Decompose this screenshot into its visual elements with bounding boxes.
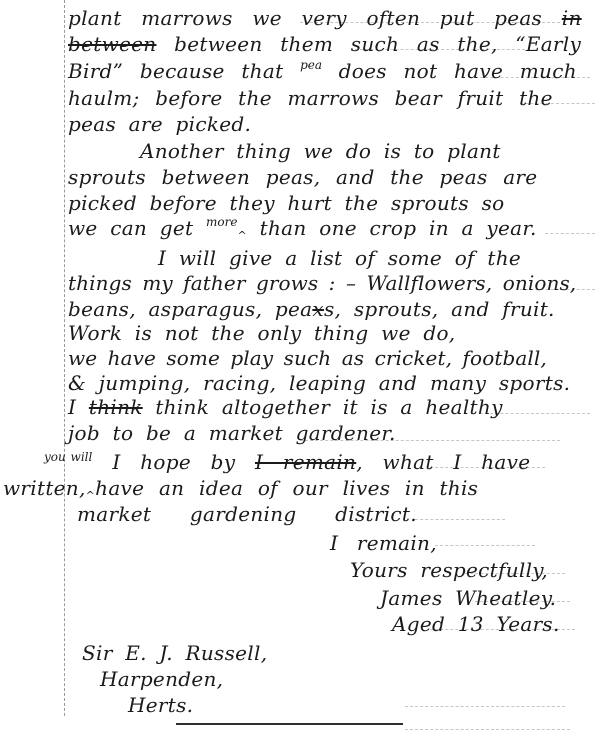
text-segment: plant marrows we very often put peas	[68, 6, 562, 30]
handwriting-line: between between them such as the, “Early	[68, 32, 581, 56]
text-segment: beans, asparagus, pea	[68, 297, 312, 321]
handwriting-line: Work is not the only thing we do,	[68, 321, 455, 345]
text-segment: Another thing we do is to plant	[140, 139, 501, 163]
handwriting-line: I think think altogether it is a healthy	[68, 395, 503, 419]
text-segment: job to be a market gardener.	[68, 421, 396, 445]
handwriting-line: beans, asparagus, peaxs, sprouts, and fr…	[68, 297, 555, 321]
margin-rule	[64, 0, 65, 716]
handwriting-line: we have some play such as cricket, footb…	[68, 346, 547, 370]
text-segment: Bird” because that	[68, 59, 300, 83]
text-segment: think altogether it is a healthy	[143, 395, 503, 419]
struck-text: think	[89, 395, 143, 419]
letter-page: plant marrows we very often put peas in …	[0, 0, 600, 737]
ink-line	[176, 723, 403, 725]
inserted-word: you will	[44, 450, 92, 464]
text-segment: & jumping, racing, leaping and many spor…	[68, 371, 570, 395]
handwriting-line: plant marrows we very often put peas in	[68, 6, 582, 30]
handwriting-line: job to be a market gardener.	[68, 421, 396, 445]
signature: James Wheatley.	[380, 586, 556, 610]
caret-mark: ^	[86, 489, 96, 502]
text-segment: we can get	[68, 216, 206, 240]
handwriting-line: sprouts between peas, and the peas are	[68, 165, 537, 189]
text-segment: I	[68, 395, 89, 419]
text-segment: have an idea of our lives in this	[95, 476, 478, 500]
struck-text: I remain	[255, 450, 356, 474]
ruled-line	[545, 233, 595, 234]
text-segment: between them such as the, “Early	[156, 32, 581, 56]
text-segment: s, sprouts, and fruit.	[324, 297, 555, 321]
handwriting-line: market gardening district.	[77, 502, 417, 526]
text-segment: I will give a list of some of the	[158, 246, 521, 270]
struck-text: between	[68, 32, 156, 56]
text-segment: we have some play such as cricket, footb…	[68, 346, 547, 370]
handwriting-line: haulm; before the marrows bear fruit the	[68, 86, 553, 110]
text-segment: Work is not the only thing we do,	[68, 321, 455, 345]
closing-line: Yours respectfully,	[350, 558, 548, 582]
handwriting-line: we can get more^ than one crop in a year…	[68, 216, 537, 244]
handwriting-line: & jumping, racing, leaping and many spor…	[68, 371, 570, 395]
handwriting-line: written,^have an idea of our lives in th…	[3, 476, 478, 504]
ruled-line	[435, 545, 535, 546]
text-segment: peas are picked.	[68, 112, 251, 136]
text-segment: picked before they hurt the sprouts so	[68, 191, 505, 215]
address-recipient: Sir E. J. Russell,	[82, 641, 267, 665]
ruled-line	[415, 519, 505, 520]
closing-line: I remain,	[330, 531, 437, 555]
address-county: Herts.	[128, 693, 193, 717]
struck-text: x	[312, 297, 324, 321]
age-line: Aged 13 Years.	[392, 612, 560, 636]
handwriting-line: Bird” because that pea does not have muc…	[68, 59, 577, 86]
text-segment: does not have much	[322, 59, 577, 83]
text-segment: haulm; before the marrows bear fruit the	[68, 86, 553, 110]
ruled-line	[405, 729, 570, 730]
inserted-word: pea	[300, 58, 322, 72]
handwriting-line: picked before they hurt the sprouts so	[68, 191, 505, 215]
text-segment: things my father grows : – Wallflowers, …	[68, 271, 576, 295]
handwriting-line: I will give a list of some of the	[158, 246, 521, 270]
text-segment: I hope by	[112, 450, 255, 474]
text-segment: , what I have	[356, 450, 530, 474]
address-town: Harpenden,	[100, 667, 223, 691]
handwriting-line: peas are picked.	[68, 112, 251, 136]
inserted-word: more	[206, 215, 237, 229]
handwriting-line: you willI hope by I remain, what I have	[44, 450, 530, 477]
text-segment: sprouts between peas, and the peas are	[68, 165, 537, 189]
text-segment: written,	[3, 476, 86, 500]
text-segment: than one crop in a year.	[247, 216, 537, 240]
handwriting-line: Another thing we do is to plant	[140, 139, 501, 163]
struck-text: in	[562, 6, 582, 30]
handwriting-line: things my father grows : – Wallflowers, …	[68, 271, 576, 295]
ruled-line	[405, 706, 565, 707]
text-segment: market gardening district.	[77, 502, 417, 526]
caret-mark: ^	[237, 229, 247, 242]
